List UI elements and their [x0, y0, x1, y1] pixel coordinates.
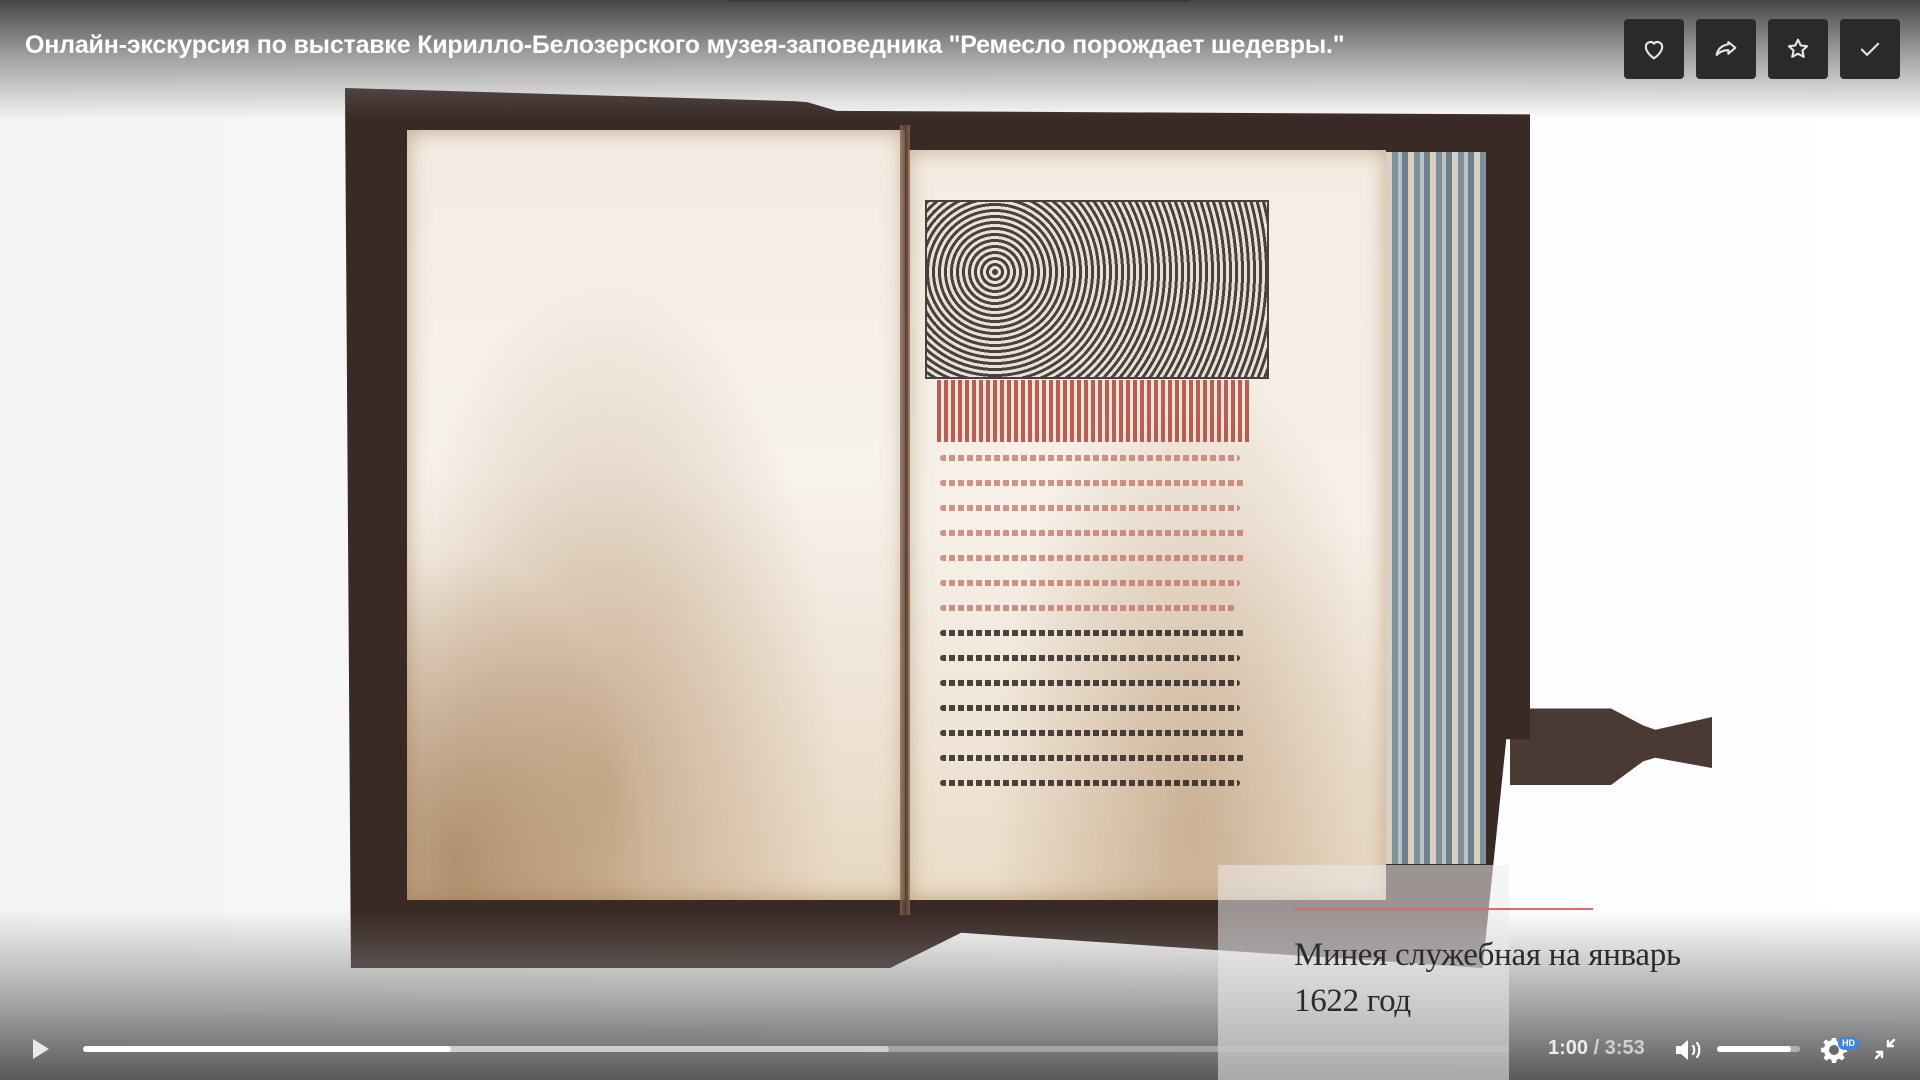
heart-icon — [1640, 35, 1668, 63]
exit-fullscreen-icon[interactable] — [1874, 1038, 1896, 1060]
video-title: Онлайн-экскурсия по выставке Кирилло-Бел… — [25, 31, 1344, 60]
time-separator: / — [1588, 1037, 1605, 1059]
video-player[interactable]: Онлайн-экскурсия по выставке Кирилло-Бел… — [0, 0, 1920, 1080]
share-button[interactable] — [1696, 19, 1756, 79]
hd-badge: HD — [1838, 1037, 1859, 1050]
book-page-edges — [1386, 152, 1486, 864]
time-display: 1:00 / 3:53 — [1548, 1037, 1645, 1060]
volume-slider[interactable] — [1717, 1046, 1800, 1052]
book-left-page — [407, 130, 905, 900]
action-buttons — [1624, 19, 1900, 79]
caption-line-2: 1622 год — [1294, 978, 1681, 1024]
current-time: 1:00 — [1548, 1037, 1588, 1059]
like-button[interactable] — [1624, 19, 1684, 79]
checkmark-icon — [1856, 35, 1884, 63]
caption-accent-line — [1294, 908, 1593, 910]
caption-text: Минея служебная на январь 1622 год — [1294, 932, 1681, 1024]
share-arrow-icon — [1712, 35, 1740, 63]
printed-text-block — [940, 455, 1255, 805]
play-button[interactable] — [31, 1038, 51, 1060]
star-icon — [1784, 35, 1812, 63]
caption-line-1: Минея служебная на январь — [1294, 932, 1681, 978]
watched-button[interactable] — [1840, 19, 1900, 79]
book-clasp — [1510, 700, 1712, 785]
book-gutter — [900, 125, 910, 915]
favorite-button[interactable] — [1768, 19, 1828, 79]
progress-played — [83, 1046, 451, 1052]
volume-icon[interactable] — [1674, 1038, 1704, 1062]
duration: 3:53 — [1605, 1037, 1645, 1059]
red-title-script — [937, 380, 1250, 442]
volume-level — [1717, 1046, 1791, 1052]
ornamental-headpiece — [925, 200, 1269, 379]
progress-bar[interactable] — [83, 1046, 1509, 1052]
